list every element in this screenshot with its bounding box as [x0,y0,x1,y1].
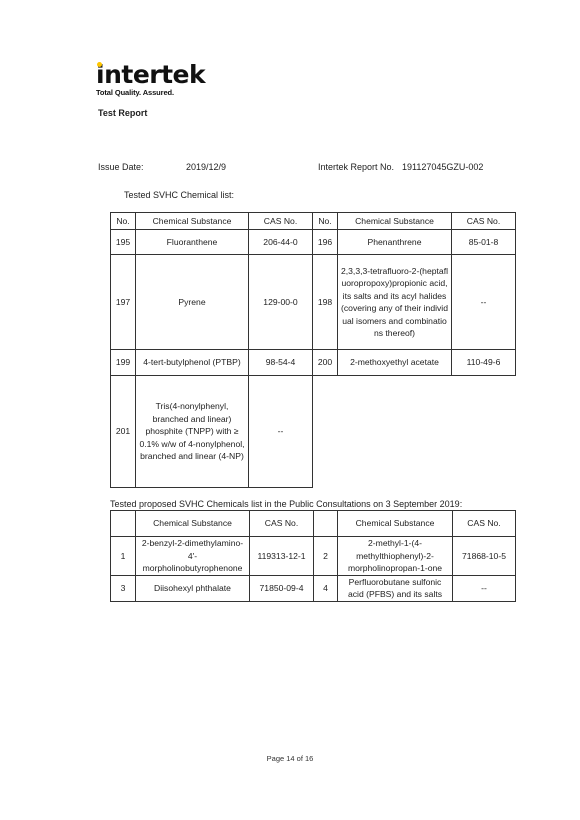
table-row: 201 Tris(4-nonylphenyl, branched and lin… [111,376,516,488]
issue-date-label: Issue Date: [98,162,144,172]
header-cas: CAS No. [249,213,313,230]
cell-cas: 71850-09-4 [250,575,314,601]
document-title: Test Report [98,108,147,118]
cell-no: 196 [313,230,338,255]
cell-substance: Phenanthrene [338,230,452,255]
proposed-svhc-table: Chemical Substance CAS No. Chemical Subs… [110,510,516,602]
logo-tagline: Total Quality. Assured. [96,88,205,97]
cell-no: 201 [111,376,136,488]
header-substance: Chemical Substance [338,511,453,537]
table-row: 197 Pyrene 129-00-0 198 2,3,3,3-tetraflu… [111,255,516,350]
cell-cas: 206-44-0 [249,230,313,255]
cell-substance: 4-tert-butylphenol (PTBP) [136,350,249,376]
header-no [111,511,136,537]
cell-no: 1 [111,537,136,576]
logo-wordmark: intertek [96,62,205,88]
table-row: 195 Fluoranthene 206-44-0 196 Phenanthre… [111,230,516,255]
svhc-table: No. Chemical Substance CAS No. No. Chemi… [110,212,516,488]
header-cas: CAS No. [453,511,516,537]
logo-text: intertek [96,60,205,89]
table-row: 1 2-benzyl-2-dimethylamino-4'-morpholino… [111,537,516,576]
cell-cas: -- [452,255,516,350]
cell-cas: 85-01-8 [452,230,516,255]
table-row: 199 4-tert-butylphenol (PTBP) 98-54-4 20… [111,350,516,376]
cell-no: 198 [313,255,338,350]
cell-no: 3 [111,575,136,601]
header-no [314,511,338,537]
cell-substance: Perfluorobutane sulfonic acid (PFBS) and… [338,575,453,601]
table-header-row: Chemical Substance CAS No. Chemical Subs… [111,511,516,537]
report-no-value: 191127045GZU-002 [402,162,483,172]
header-cas: CAS No. [452,213,516,230]
cell-cas: -- [249,376,313,488]
header-cas: CAS No. [250,511,314,537]
cell-no: 199 [111,350,136,376]
header-substance: Chemical Substance [338,213,452,230]
cell-substance: Pyrene [136,255,249,350]
cell-no: 195 [111,230,136,255]
cell-no: 197 [111,255,136,350]
cell-cas: 71868-10-5 [453,537,516,576]
cell-no: 200 [313,350,338,376]
table-header-row: No. Chemical Substance CAS No. No. Chemi… [111,213,516,230]
cell-substance: Tris(4-nonylphenyl, branched and linear)… [136,376,249,488]
cell-substance: 2-methyl-1-(4-methylthiophenyl)-2-morpho… [338,537,453,576]
header-substance: Chemical Substance [136,213,249,230]
intertek-logo: intertek Total Quality. Assured. [96,62,205,97]
proposed-table-caption: Tested proposed SVHC Chemicals list in t… [110,499,462,509]
cell-substance: Fluoranthene [136,230,249,255]
cell-cas: -- [453,575,516,601]
issue-date-value: 2019/12/9 [186,162,226,172]
header-no: No. [111,213,136,230]
cell-cas: 129-00-0 [249,255,313,350]
cell-substance: 2,3,3,3-tetrafluoro-2-(heptafluoropropox… [338,255,452,350]
cell-no: 4 [314,575,338,601]
cell-no: 2 [314,537,338,576]
cell-substance: 2-methoxyethyl acetate [338,350,452,376]
table-row: 3 Diisohexyl phthalate 71850-09-4 4 Perf… [111,575,516,601]
svhc-table-caption: Tested SVHC Chemical list: [124,190,234,200]
cell-cas: 119313-12-1 [250,537,314,576]
cell-cas: 110-49-6 [452,350,516,376]
header-no: No. [313,213,338,230]
header-substance: Chemical Substance [136,511,250,537]
empty-cell [313,376,516,488]
page-number: Page 14 of 16 [0,754,580,763]
logo-dot-icon [97,62,102,67]
cell-cas: 98-54-4 [249,350,313,376]
cell-substance: 2-benzyl-2-dimethylamino-4'-morpholinobu… [136,537,250,576]
cell-substance: Diisohexyl phthalate [136,575,250,601]
report-no-label: Intertek Report No. [318,162,394,172]
